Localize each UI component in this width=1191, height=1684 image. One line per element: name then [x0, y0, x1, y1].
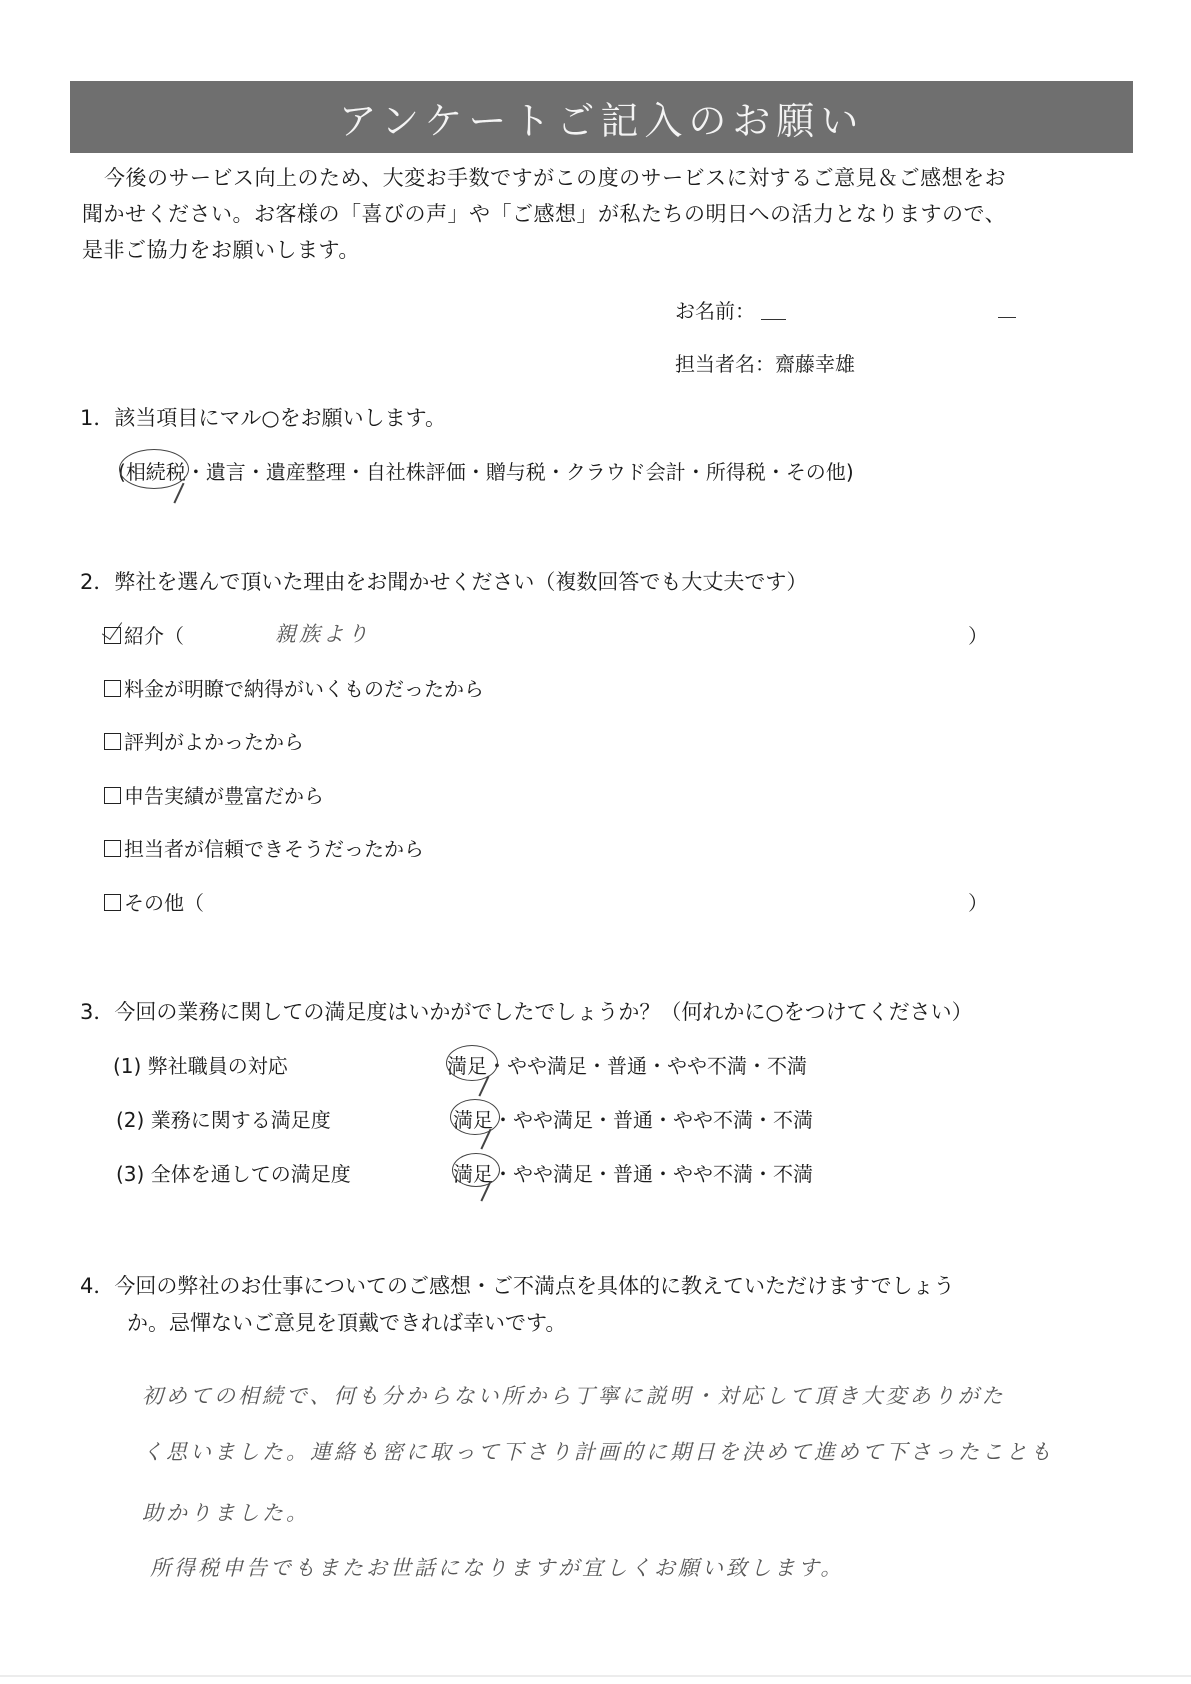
checkbox-icon[interactable] — [104, 787, 121, 804]
q1-selection-circle — [119, 449, 189, 489]
scale-somewhat-dissatisfied[interactable]: やや不満 — [673, 1108, 753, 1132]
q3-item-2-selection-circle — [450, 1099, 500, 1135]
name-underline-end — [998, 317, 1016, 318]
checkbox-icon[interactable] — [104, 680, 121, 697]
q2-option-trustworthy-staff[interactable]: 担当者が信頼できそうだったから — [104, 833, 424, 862]
q4-question-line-1: 4．今回の弊社のお仕事についてのご感想・ご不満点を具体的に教えていただけますでし… — [80, 1270, 955, 1300]
checkbox-icon[interactable] — [104, 733, 121, 750]
q1-selection-circle-tail — [173, 483, 184, 504]
scale-dissatisfied[interactable]: 不満 — [767, 1054, 807, 1078]
scale-somewhat-satisfied[interactable]: やや満足 — [507, 1054, 587, 1078]
q1-option-estate[interactable]: 遺産整理 — [266, 460, 346, 484]
q2-option-clear-pricing[interactable]: 料金が明瞭で納得がいくものだったから — [104, 673, 484, 702]
scale-neutral[interactable]: 普通 — [613, 1162, 653, 1186]
q2-option-filing-record[interactable]: 申告実績が豊富だから — [104, 780, 324, 809]
q3-question: 3．今回の業務に関しての満足度はいかがでしたでしょうか？（何れかに○をつけてくだ… — [80, 996, 973, 1026]
scale-somewhat-dissatisfied[interactable]: やや不満 — [667, 1054, 747, 1078]
q1-option-gift-tax[interactable]: 贈与税 — [486, 460, 546, 484]
q3-item-1-label: (1) 弊社職員の対応 — [113, 1050, 288, 1079]
q3-item-2-scale: 満足・やや満足・普通・やや不満・不満 — [453, 1104, 813, 1133]
name-field[interactable]: お名前： — [675, 295, 1016, 324]
intro-line-2: 聞かせください。お客様の「喜びの声」や「ご感想」が私たちの明日への活力となります… — [82, 198, 1006, 228]
q2-option-other[interactable]: その他（ — [104, 887, 204, 916]
scale-somewhat-satisfied[interactable]: やや満足 — [513, 1108, 593, 1132]
scale-somewhat-dissatisfied[interactable]: やや不満 — [673, 1162, 753, 1186]
q3-item-3-label: (3) 全体を通しての満足度 — [116, 1158, 351, 1187]
checkbox-checked-icon[interactable] — [104, 627, 121, 644]
scale-neutral[interactable]: 普通 — [607, 1054, 647, 1078]
q4-question-line-2: か。忌憚ないご意見を頂戴できれば幸いです。 — [127, 1307, 566, 1337]
name-value[interactable] — [761, 319, 786, 320]
q1-option-income-tax[interactable]: 所得税 — [706, 460, 766, 484]
q4-answer-line-1[interactable]: 初めての相続で、何も分からない所から丁寧に説明・対応して頂き大変ありがた — [142, 1380, 1006, 1410]
q1-option-will[interactable]: 遺言 — [206, 460, 246, 484]
intro-line-1: 今後のサービス向上のため、大変お手数ですがこの度のサービスに対するご意見＆ご感想… — [104, 162, 1006, 192]
q3-item-2-label: (2) 業務に関する満足度 — [116, 1104, 331, 1133]
q1-question: 1．該当項目にマル○をお願いします。 — [80, 402, 446, 432]
q1-options: (相続税・遺言・遺産整理・自社株評価・贈与税・クラウド会計・所得税・その他) — [118, 456, 854, 485]
staff-value: 齋藤幸雄 — [775, 352, 855, 376]
q2-other-close-paren: ） — [968, 887, 988, 916]
scale-neutral[interactable]: 普通 — [613, 1108, 653, 1132]
intro-line-3: 是非ご協力をお願いします。 — [82, 234, 360, 264]
q3-item-1-scale: 満足・やや満足・普通・やや不満・不満 — [447, 1050, 807, 1079]
q3-item-1-selection-circle — [446, 1045, 498, 1081]
q3-item-3-scale: 満足・やや満足・普通・やや不満・不満 — [453, 1158, 813, 1187]
q4-answer-line-3[interactable]: 助かりました。 — [142, 1497, 310, 1527]
q2-option-referral[interactable]: 紹介（ — [104, 620, 184, 649]
q2-option-good-reputation[interactable]: 評判がよかったから — [104, 726, 304, 755]
q2-question: 2．弊社を選んで頂いた理由をお聞かせください（複数回答でも大丈夫です） — [80, 566, 807, 596]
survey-title: アンケートご記入のお願い — [339, 90, 865, 145]
survey-title-bar: アンケートご記入のお願い — [70, 81, 1133, 153]
scale-dissatisfied[interactable]: 不満 — [773, 1108, 813, 1132]
checkbox-icon[interactable] — [104, 840, 121, 857]
scan-edge-line — [0, 1675, 1191, 1677]
q1-option-other[interactable]: その他 — [786, 460, 846, 484]
scale-dissatisfied[interactable]: 不満 — [773, 1162, 813, 1186]
q3-item-3-selection-circle — [452, 1153, 500, 1187]
staff-field: 担当者名：齋藤幸雄 — [675, 348, 855, 377]
q1-option-stock-valuation[interactable]: 自社株評価 — [366, 460, 466, 484]
q2-referral-close-paren: ） — [968, 620, 988, 649]
staff-label: 担当者名： — [675, 352, 775, 376]
q4-answer-line-2[interactable]: く思いました。連絡も密に取って下さり計画的に期日を決めて進めて下さったことも — [142, 1436, 1054, 1466]
q4-answer-line-4[interactable]: 所得税申告でもまたお世話になりますが宜しくお願い致します。 — [150, 1552, 844, 1582]
q1-option-cloud-accounting[interactable]: クラウド会計 — [566, 460, 686, 484]
scale-somewhat-satisfied[interactable]: やや満足 — [513, 1162, 593, 1186]
checkbox-icon[interactable] — [104, 894, 121, 911]
name-label: お名前： — [675, 299, 755, 323]
q2-referral-detail[interactable]: 親族より — [275, 618, 371, 648]
